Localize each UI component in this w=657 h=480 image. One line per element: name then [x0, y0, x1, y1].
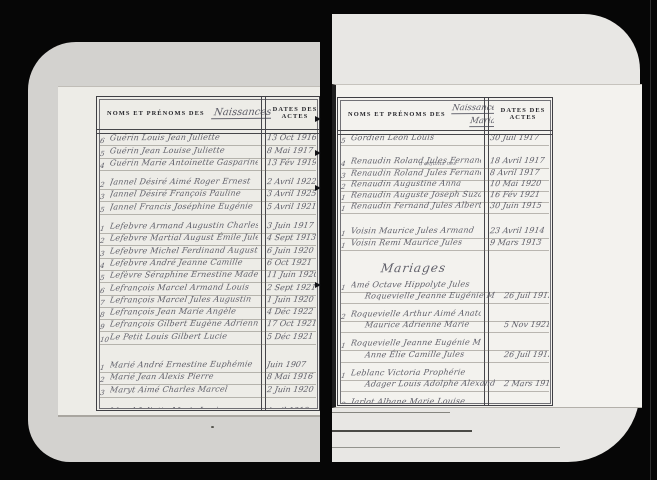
entry-date: 9 Mars 1913: [489, 237, 542, 246]
entry-note: d'enfants nés: [418, 162, 456, 167]
right-table-header: NOMS ET PRÉNOMS DES Naissances et Mariag…: [338, 98, 552, 130]
entry-date-cell: 5 Avril 1921: [258, 196, 316, 214]
entry-date-cell: 9 Mars 1913: [481, 232, 549, 250]
dates-column-header: DATES DES ACTES: [494, 98, 552, 130]
entry-name: Morel Juliette Marie Louise: [110, 406, 228, 408]
pencil-line: [332, 447, 560, 448]
register-section: 1Amé Octave Hippolyte JulesRoquevielle J…: [341, 282, 549, 304]
entry-name-cell: Maurice Adrienne Marie: [351, 314, 495, 332]
register-section: 4Renaudin Roland Jules Fernand18 Avril 1…: [341, 158, 549, 214]
entry-name: Gordien Léon Louis: [351, 135, 435, 142]
entry-date-cell: 5 Nov 1921: [495, 314, 549, 332]
pencil-line: [332, 412, 450, 413]
entry-name-cell: Jarlot Albane Marie Louise: [351, 391, 481, 403]
names-column-header: NOMS ET PRÉNOMS DES Naissances et Mariag…: [338, 98, 494, 130]
register-section: 1Roquevielle Jeanne Eugénie MathildeAnne…: [341, 340, 549, 362]
entry-name: Roquevielle Jeanne Eugénie Mathilde: [364, 290, 495, 300]
names-column-header: NOMS ET PRÉNOMS DES Naissances: [97, 97, 271, 129]
left-table-body: 6Guérin Louis Jean Juliette13 Oct 19165G…: [100, 134, 316, 408]
entry-name: Jarlot Albane Marie Louise: [351, 397, 466, 403]
register-row: 2Morel Juliette Marie LouiseAvril 1919: [100, 407, 316, 408]
register-section: 2Roquevielle Arthur Aimé AnatoleMaurice …: [341, 311, 549, 333]
gutter-ink-mark: [315, 150, 321, 156]
register-row: 3Maryt Aimé Charles Marcel2 Juin 1920: [100, 385, 316, 397]
printed-names-label: NOMS ET PRÉNOMS DES: [348, 111, 446, 118]
entry-name-cell: Anne Élie Camille Jules: [351, 344, 495, 362]
entry-name: Adager Louis Adolphe Alexandre: [364, 379, 495, 389]
entry-date: 2 Juin 1920: [266, 384, 314, 393]
entry-date-cell: 13 Fév 1919: [258, 152, 316, 170]
entry-name: Guérin Marie Antoinette Gasparine: [110, 157, 258, 167]
entry-date-cell: 26 Juil 1915: [495, 344, 549, 362]
entry-date-cell: 2 Juin 1920: [258, 379, 316, 397]
entry-date: 5 Nov 1921: [503, 320, 549, 329]
entry-name-cell: Maryt Aimé Charles Marcel: [110, 379, 258, 397]
register-section: 1Voisin Maurice Jules Armand23 Avril 191…: [341, 228, 549, 250]
register-row: 2Jarlot Albane Marie Louise: [341, 399, 549, 403]
entry-date: 5 Déc 1921: [266, 332, 314, 341]
entry-name: Voisin Remi Maurice Jules: [351, 237, 463, 247]
right-table-body: 5Gordien Léon Louis30 Juil 19174Renaudin…: [341, 135, 549, 403]
entry-name-cell: Gordien Léon Louis: [351, 135, 481, 145]
entry-date-cell: 30 Juin 1915: [481, 195, 549, 213]
entry-date-cell: 26 Juil 1915: [495, 285, 549, 303]
left-register-table: NOMS ET PRÉNOMS DES Naissances DATES DES…: [96, 96, 320, 411]
register-row: 1Renaudin Fernand Jules Albert30 Juin 19…: [341, 203, 549, 214]
entry-name-cell: Le Petit Louis Gilbert Lucie: [110, 326, 258, 344]
entry-name-cell: Voisin Remi Maurice Jules: [351, 232, 481, 250]
entry-name: Maryt Aimé Charles Marcel: [110, 384, 228, 394]
entry-date: 26 Juil 1915: [503, 349, 549, 358]
register-section: 2Morel Juliette Marie LouiseAvril 1919: [100, 407, 316, 408]
section-heading: Mariages: [380, 260, 447, 274]
register-section: 2Jarlot Albane Marie Louise: [341, 399, 549, 403]
entry-date-cell: [481, 391, 549, 403]
right-register-table: NOMS ET PRÉNOMS DES Naissances et Mariag…: [337, 97, 553, 406]
film-edge-line: [650, 0, 651, 480]
register-row: 4Guérin Marie Antoinette Gasparine13 Fév…: [100, 159, 316, 171]
entry-name: Maurice Adrienne Marie: [364, 320, 470, 330]
entry-name-cell: Roquevielle Jeanne Eugénie Mathilde: [351, 285, 495, 303]
entry-date: 30 Juin 1915: [489, 201, 542, 210]
dust-speck: [211, 426, 214, 428]
entry-date: 2 Mars 1913: [503, 379, 549, 388]
gutter-ink-mark: [315, 282, 321, 288]
entry-date: 13 Fév 1919: [266, 158, 316, 167]
register-row: 10Le Petit Louis Gilbert Lucie5 Déc 1921: [100, 332, 316, 344]
entry-name: Le Petit Louis Gilbert Lucie: [110, 331, 228, 341]
left-table-header: NOMS ET PRÉNOMS DES Naissances DATES DES…: [97, 97, 319, 129]
register-section: 1Marié André Ernestine EuphémieJuin 1907…: [100, 361, 316, 398]
register-section: 6Guérin Louis Jean Juliette13 Oct 19165G…: [100, 134, 316, 171]
register-section: 1Lefebvre Armand Augustin Charles Émile3…: [100, 222, 316, 345]
entry-name-cell: Guérin Marie Antoinette Gasparine: [110, 152, 258, 170]
register-section: 2Jannel Désiré Aimé Roger Ernest2 Avril …: [100, 178, 316, 215]
entry-name-cell: Jannel Francis Joséphine Eugénie: [110, 196, 258, 214]
register-section: 1Leblanc Victoria ProphérieAdager Louis …: [341, 370, 549, 392]
gutter-ink-mark: [315, 116, 321, 122]
gutter-ink-mark: [315, 185, 321, 191]
entry-name: Anne Élie Camille Jules: [364, 349, 465, 359]
entry-date-cell: 2 Mars 1913: [495, 373, 549, 391]
register-row: 5Jannel Francis Joséphine Eugénie5 Avril…: [100, 202, 316, 214]
entry-date-cell: Avril 1919: [258, 400, 316, 408]
microfilm-scan: NOMS ET PRÉNOMS DES Naissances DATES DES…: [0, 0, 657, 480]
entry-date-cell: 30 Juil 1917: [481, 135, 549, 145]
register-row: 5Gordien Léon Louis30 Juil 1917: [341, 135, 549, 146]
entry-date: Avril 1919: [266, 406, 309, 408]
register-row: 1Voisin Remi Maurice Jules9 Mars 1913: [341, 239, 549, 250]
pencil-line: [332, 430, 472, 432]
entry-date: 30 Juil 1917: [489, 135, 540, 142]
printed-names-label: NOMS ET PRÉNOMS DES: [107, 110, 205, 117]
register-section: Mariages: [341, 261, 487, 275]
entry-name: Renaudin Fernand Jules Albert: [351, 201, 481, 211]
dates-column-header: DATES DES ACTES: [271, 97, 319, 129]
entry-name: Jannel Francis Joséphine Eugénie: [110, 201, 254, 211]
entry-date: 26 Juil 1915: [503, 291, 549, 300]
entry-date: 5 Avril 1921: [266, 202, 316, 211]
entry-name-cell: Adager Louis Adolphe Alexandre: [351, 373, 495, 391]
entry-name-cell: Renaudin Fernand Jules Albert: [351, 195, 481, 213]
register-section: 5Gordien Léon Louis30 Juil 1917: [341, 135, 549, 146]
entry-date-cell: 5 Déc 1921: [258, 326, 316, 344]
entry-name-cell: Morel Juliette Marie Louise: [110, 400, 258, 408]
